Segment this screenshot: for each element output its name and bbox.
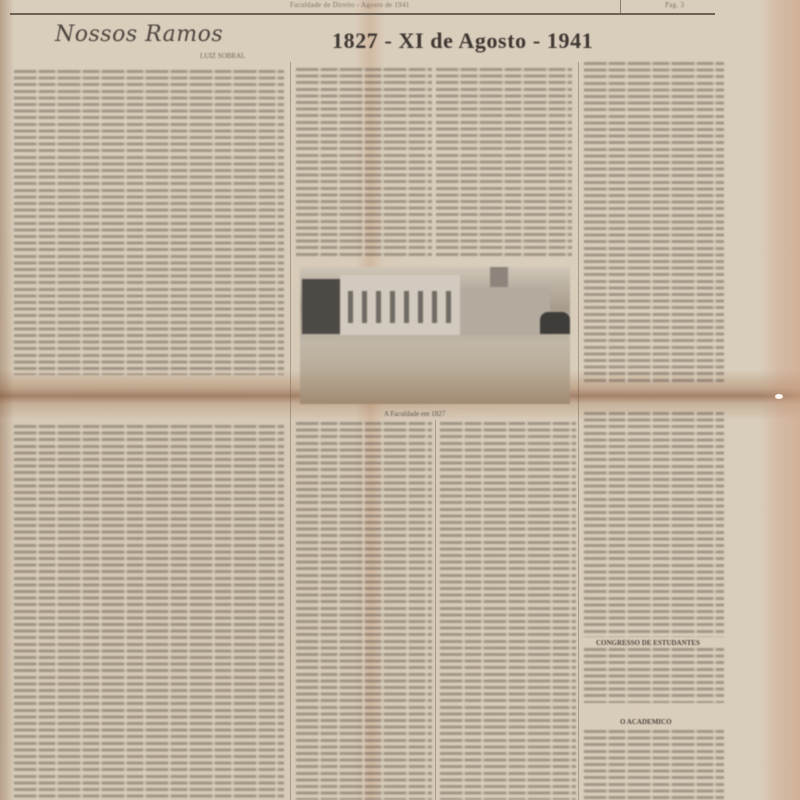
right-column-lower-text [584, 730, 724, 800]
center-folio: Faculdade de Direito - Agosto de 1941 [290, 1, 410, 9]
left-column-upper-text [14, 70, 284, 375]
column-rule [578, 62, 579, 800]
building-left-wing [302, 279, 342, 334]
main-article-col-3-text [296, 422, 432, 800]
page-number: Pag. 3 [665, 1, 684, 9]
masthead-rule [10, 13, 715, 15]
folio-separator [620, 0, 621, 13]
building-right-wing [460, 287, 550, 335]
right-subhead-2: O ACADEMICO [620, 718, 672, 726]
main-article-col-2-text [436, 68, 572, 258]
right-column-mid2-text [584, 648, 724, 703]
right-column-middle-text [584, 412, 724, 637]
right-column-upper-text [584, 62, 724, 382]
main-article-col-1-text [296, 68, 432, 258]
section-byline: LUIZ SOBRAL [200, 52, 245, 60]
newspaper-page: Faculdade de Direito - Agosto de 1941 Pa… [0, 0, 800, 800]
trees [540, 312, 570, 334]
historic-building-photo [300, 267, 570, 404]
column-rule [290, 62, 291, 800]
main-headline: 1827 - XI de Agosto - 1941 [332, 28, 593, 54]
column-rule [435, 420, 436, 800]
right-subhead-1: CONGRESSO DE ESTUDANTES [596, 639, 700, 647]
paper-hole [775, 394, 783, 399]
left-column-lower-text [14, 425, 284, 800]
masthead-strip: Faculdade de Direito - Agosto de 1941 Pa… [0, 0, 720, 13]
photo-caption: A Faculdade em 1827 [384, 410, 445, 418]
section-title: Nossos Ramos [55, 22, 223, 47]
main-article-col-4-text [440, 422, 576, 800]
building-windows [348, 291, 458, 323]
